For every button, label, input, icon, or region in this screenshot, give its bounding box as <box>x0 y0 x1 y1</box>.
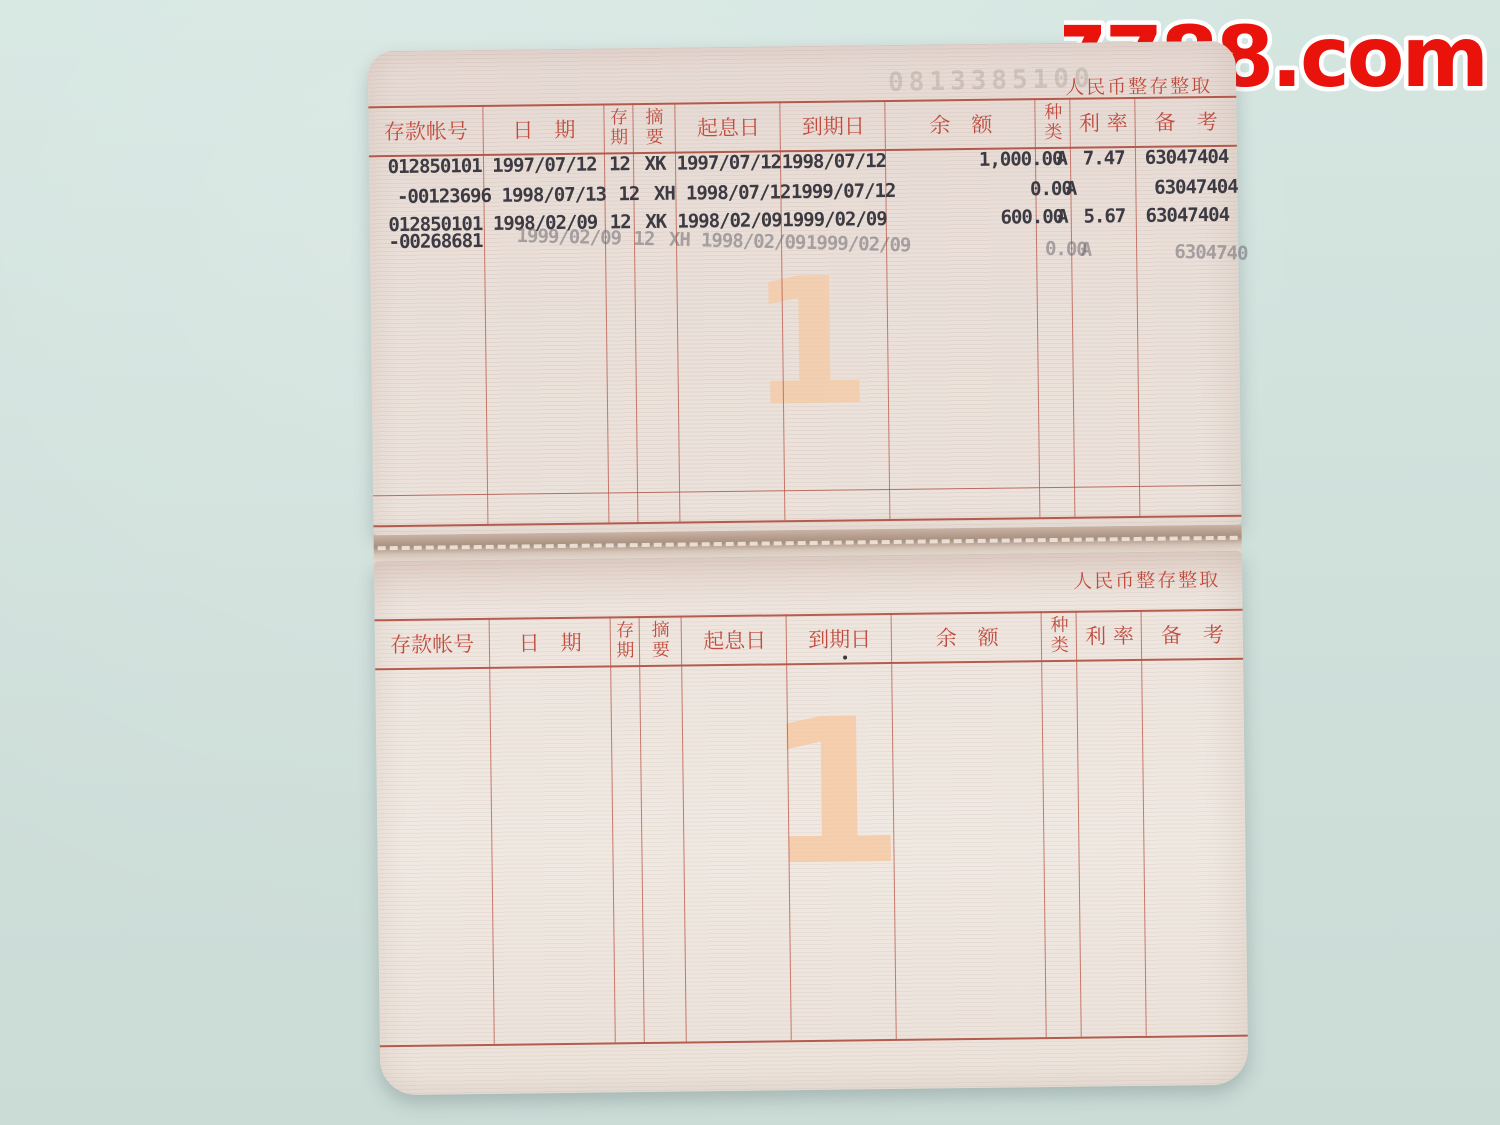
cell-balance: 0.00 <box>922 179 1072 201</box>
cell-balance: 0.00 <box>936 236 1087 260</box>
cell-term: 12 <box>614 184 643 204</box>
cell-value-date: 1997/07/12 <box>676 152 781 173</box>
column-header-account: 存款帐号 <box>375 627 490 658</box>
column-divider <box>1042 611 1082 1037</box>
column-divider <box>1077 610 1147 1037</box>
cell-date: 1999/02/09 <box>508 226 630 249</box>
column-divider <box>1142 609 1248 1036</box>
cell-balance: 1,000.00 <box>912 149 1062 171</box>
column-header-date: 日 期 <box>483 113 605 144</box>
column-header-rate: 利 率 <box>1071 106 1136 137</box>
cell-due-date: 1998/07/12 <box>781 151 886 172</box>
column-divider <box>375 618 495 1045</box>
column-header-term: 存 期 <box>604 108 633 147</box>
column-divider <box>787 613 897 1040</box>
cell-date: 1997/07/12 <box>484 154 606 175</box>
embossed-number: 0813385100 <box>888 64 1095 98</box>
column-header-due-date: 到期日 <box>787 622 892 653</box>
column-header-rate: 利 率 <box>1077 619 1142 650</box>
cell-type: A <box>1056 149 1091 169</box>
cell-memo: XK <box>634 154 677 175</box>
cell-term: 12 <box>605 154 634 174</box>
currency-type-label: 人民币整存整取 <box>1073 565 1220 594</box>
column-header-type: 种 类 <box>1036 103 1071 142</box>
passbook-top-page: 0813385100 人民币整存整取 1 存款帐号 日 期 <box>368 41 1242 536</box>
column-header-term: 存 期 <box>611 621 640 660</box>
cell-type: A <box>1081 240 1116 261</box>
column-grid <box>375 609 1248 1046</box>
column-header-value-date: 起息日 <box>676 111 781 142</box>
column-header-remarks: 备 考 <box>1142 618 1243 649</box>
photo-background: 7788.com 0813385100 人民币整存整取 1 <box>0 0 1500 1125</box>
column-header-balance: 余 额 <box>886 108 1037 140</box>
cell-remarks: 6304740 <box>1160 242 1261 264</box>
cell-due-date: 1999/02/09 <box>805 233 910 256</box>
column-divider <box>489 616 616 1043</box>
ink-speck <box>843 656 847 660</box>
cell-term: 12 <box>629 229 658 250</box>
cell-memo: XH <box>658 229 701 250</box>
column-header-memo: 摘 要 <box>639 621 682 660</box>
cell-remarks: 63047404 <box>1146 177 1247 198</box>
column-header-balance: 余 额 <box>892 621 1043 653</box>
column-header-due-date: 到期日 <box>781 110 886 141</box>
column-header-date: 日 期 <box>489 626 611 657</box>
cell-account: 012850101 <box>369 156 484 177</box>
column-divider <box>682 614 792 1041</box>
column-header-value-date: 起息日 <box>682 624 787 655</box>
cell-due-date: 1999/07/12 <box>791 181 896 202</box>
column-header-memo: 摘 要 <box>633 108 676 147</box>
column-divider <box>892 611 1047 1039</box>
cell-type: A <box>1066 178 1101 198</box>
column-header-remarks: 备 考 <box>1136 105 1237 136</box>
column-header-account: 存款帐号 <box>368 114 483 145</box>
cell-value-date: 1998/02/09 <box>700 230 805 253</box>
cell-account: -00123696 <box>378 186 493 207</box>
column-header-type: 种 类 <box>1042 616 1077 655</box>
passbook-bottom-page: 人民币整存整取 1 存款帐号 日 期 存 期 摘 要 <box>374 551 1248 1096</box>
cell-value-date: 1998/07/12 <box>686 182 791 203</box>
cell-memo: XH <box>643 183 686 204</box>
passbook: 0813385100 人民币整存整取 1 存款帐号 日 期 <box>368 41 1249 1096</box>
cell-remarks: 63047404 <box>1136 147 1237 168</box>
cell-date: 1998/07/13 <box>493 184 615 205</box>
column-divider <box>639 616 687 1042</box>
